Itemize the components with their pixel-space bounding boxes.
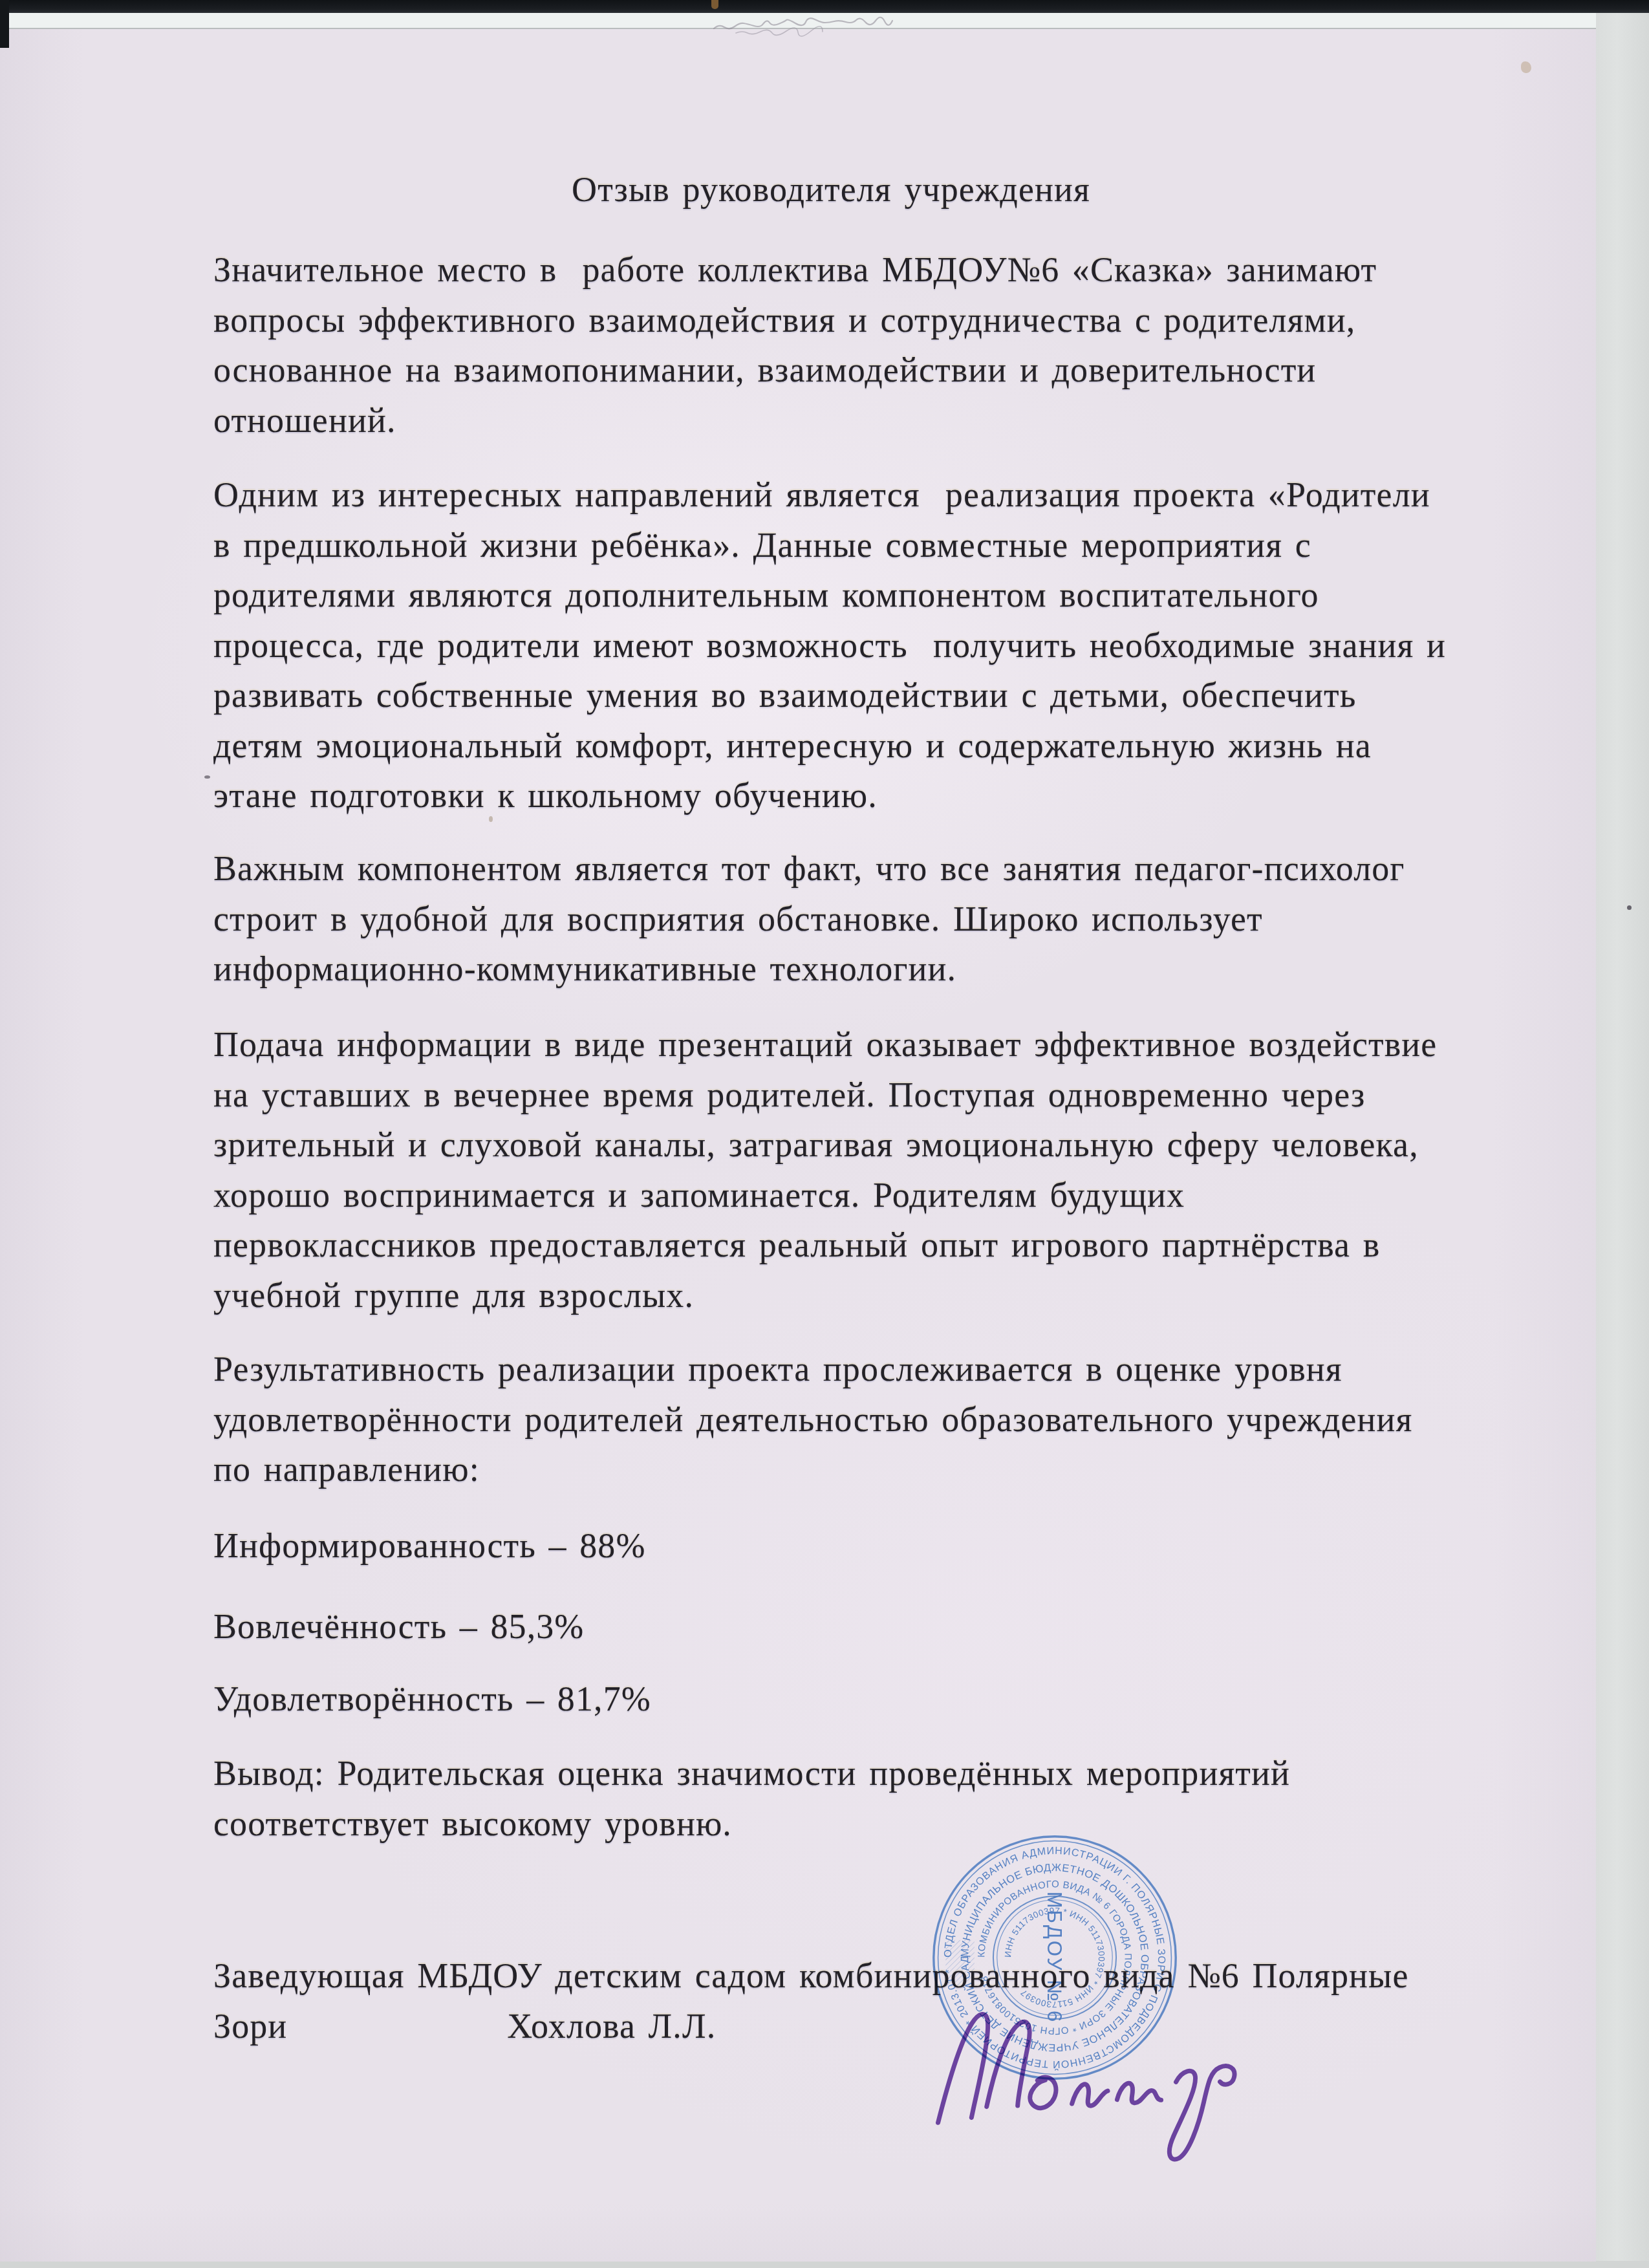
text-line: родителями являются дополнительным компо…	[213, 570, 1449, 621]
paragraph-1: Значительное место в работе коллектива М…	[213, 245, 1449, 446]
scanner-background-bottom	[0, 2261, 1649, 2268]
text-line: первоклассников предоставляется реальный…	[213, 1220, 1449, 1271]
title-text: Отзыв руководителя учреждения	[213, 165, 1449, 215]
text-line: Удовлетворённость – 81,7%	[213, 1674, 1449, 1725]
text-line: Результативность реализации проекта прос…	[213, 1345, 1449, 1395]
text-line: в предшкольной жизни ребёнка». Данные со…	[213, 521, 1449, 571]
text-line: детям эмоциональный комфорт, интересную …	[213, 721, 1449, 772]
signer-name: Хохлова Л.Л.	[507, 2007, 716, 2046]
text-line: Одним из интересных направлений является…	[213, 470, 1449, 521]
scanner-edge-corner	[0, 0, 9, 48]
text-line: хорошо воспринимается и запоминается. Ро…	[213, 1171, 1449, 1221]
text-line: отношений.	[213, 396, 1449, 446]
scan-debris	[711, 0, 718, 9]
text-line: Информированность – 88%	[213, 1521, 1449, 1571]
text-line: на уставших в вечернее время родителей. …	[213, 1070, 1449, 1121]
paper-speck	[1521, 61, 1531, 73]
text-line: информационно-коммуникативные технологии…	[213, 944, 1449, 995]
text-line: Значительное место в работе коллектива М…	[213, 245, 1449, 296]
text-line: вопросы эффективного взаимодействия и со…	[213, 296, 1449, 346]
scanned-document: Отзыв руководителя учреждения Значительн…	[0, 0, 1649, 2268]
text-line: основанное на взаимопонимании, взаимодей…	[213, 345, 1449, 396]
metric-line-awareness: Информированность – 88%	[213, 1521, 1449, 1571]
signer-city: Зори	[213, 2007, 287, 2046]
paragraph-3: Важным компонентом является тот факт, чт…	[213, 844, 1449, 995]
text-line: строит в удобной для восприятия обстанов…	[213, 894, 1449, 945]
metric-line-satisfaction: Удовлетворённость – 81,7%	[213, 1674, 1449, 1725]
text-line: этане подготовки к школьному обучению.	[213, 771, 1449, 821]
page-title: Отзыв руководителя учреждения	[213, 165, 1449, 215]
text-line: Важным компонентом является тот факт, чт…	[213, 844, 1449, 894]
paper-speck	[1627, 905, 1632, 910]
conclusion-paragraph: Вывод: Родительская оценка значимости пр…	[213, 1749, 1449, 1849]
text-line: учебной группе для взрослых.	[213, 1271, 1449, 1321]
text-line: зрительный и слуховой каналы, затрагивая…	[213, 1120, 1449, 1171]
pencil-scribble	[710, 14, 911, 38]
handwritten-signature	[915, 1969, 1303, 2176]
scanner-background-right	[1596, 13, 1649, 2268]
text-line: Вовлечённость – 85,3%	[213, 1602, 1449, 1652]
paper-speck	[204, 775, 210, 779]
metric-line-involvement: Вовлечённость – 85,3%	[213, 1602, 1449, 1652]
scanner-edge-bar	[0, 0, 1649, 13]
text-line: Вывод: Родительская оценка значимости пр…	[213, 1749, 1449, 1799]
paragraph-4: Подача информации в виде презентаций ока…	[213, 1020, 1449, 1321]
text-line: Подача информации в виде презентаций ока…	[213, 1020, 1449, 1070]
text-line: процесса, где родители имеют возможность…	[213, 621, 1449, 671]
text-line: по направлению:	[213, 1445, 1449, 1495]
text-line: соответствует высокому уровню.	[213, 1799, 1449, 1850]
text-line: удовлетворённости родителей деятельность…	[213, 1395, 1449, 1445]
paragraph-5: Результативность реализации проекта прос…	[213, 1345, 1449, 1495]
paragraph-2: Одним из интересных направлений является…	[213, 470, 1449, 821]
text-line: развивать собственные умения во взаимоде…	[213, 671, 1449, 721]
